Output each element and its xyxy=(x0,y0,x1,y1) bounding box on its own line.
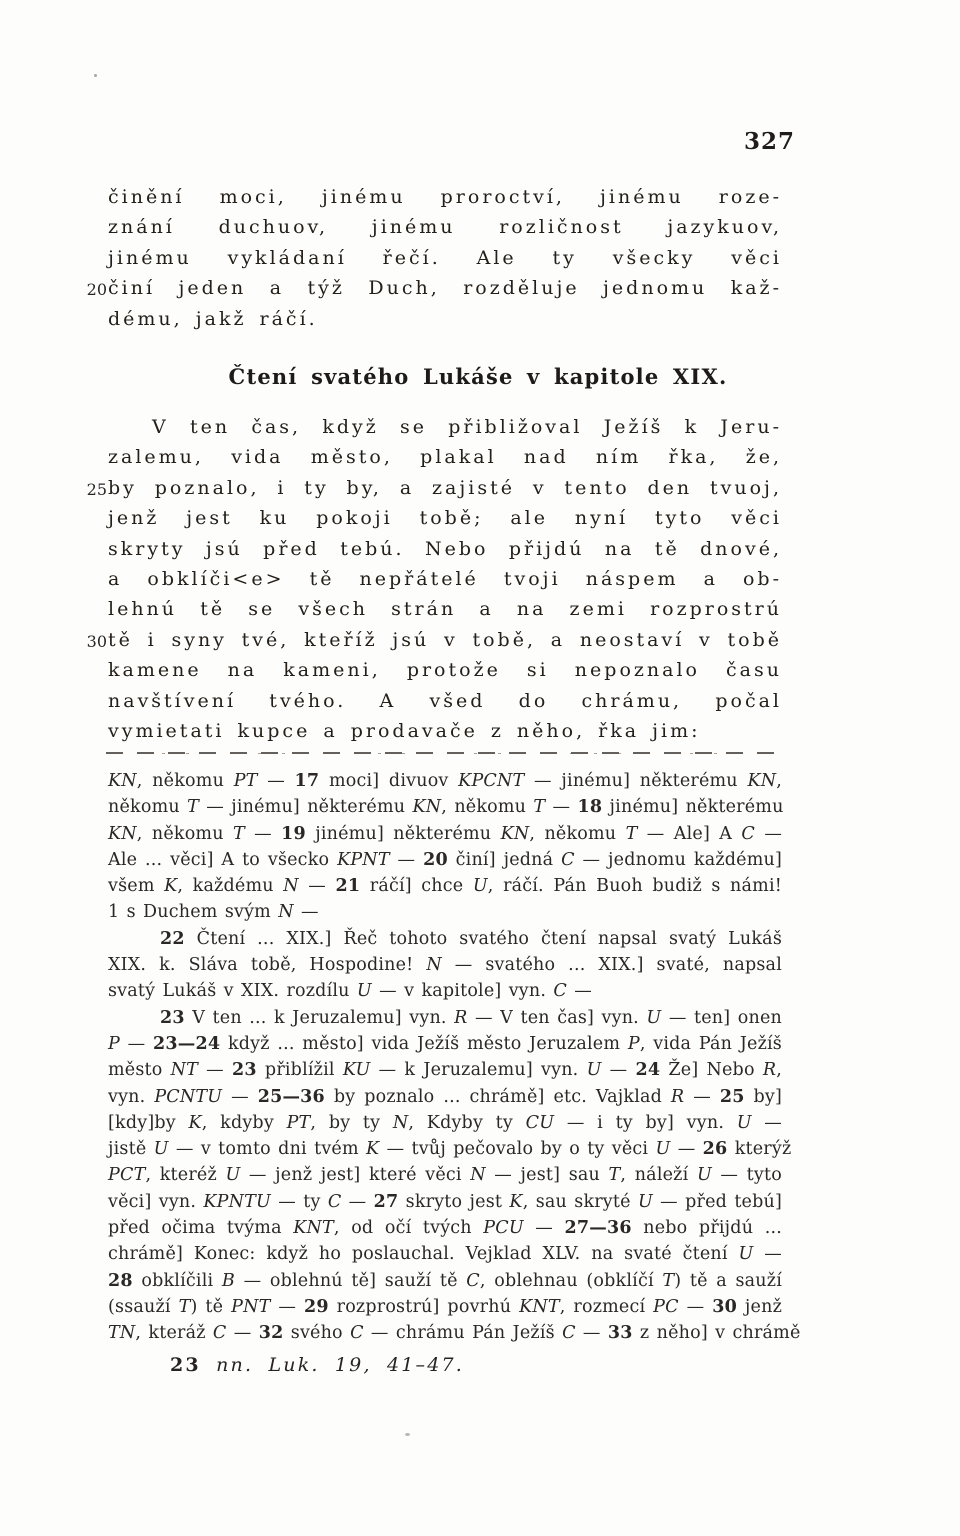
text-line: vymietati kupce a prodavače z něho, řka … xyxy=(108,716,782,746)
text-segment: , náleží xyxy=(620,1165,697,1185)
text-segment: — jinému] některému xyxy=(524,771,747,791)
text-segment: 26 xyxy=(703,1139,728,1159)
line-text: znání duchuov, jinému rozličnost jazykuo… xyxy=(108,216,782,238)
text-segment: T xyxy=(179,1297,191,1317)
text-segment: T xyxy=(187,797,199,817)
line-text: by poznalo, i ty by, a zajisté v tento d… xyxy=(108,477,782,499)
apparatus-line: Ale ... věci] A to všecko KPNT — 20 činí… xyxy=(108,847,782,873)
text-segment: 20 xyxy=(423,850,448,870)
text-segment: 23 xyxy=(160,1008,185,1028)
line-text: a obklíči<e> tě nepřátelé tvoji náspem a… xyxy=(108,568,782,590)
text-segment: , někomu xyxy=(137,824,233,844)
apparatus-line: [kdy]by K, kdyby PT, by ty N, Kdyby ty C… xyxy=(108,1110,782,1136)
text-segment: , Kdyby ty xyxy=(408,1113,525,1133)
text-segment: , kdyby xyxy=(202,1113,287,1133)
text-segment: — jinému] některému xyxy=(199,797,413,817)
text-segment: CU xyxy=(526,1113,555,1133)
apparatus-line: před očima tvýma KNT, od očí tvých PCU —… xyxy=(108,1215,782,1241)
text-segment: V ten ... k Jeruzalemu] vyn. xyxy=(185,1008,454,1028)
text-segment: KN xyxy=(108,771,137,791)
text-segment: město xyxy=(108,1060,171,1080)
text-segment: — xyxy=(752,1113,782,1133)
text-segment: — xyxy=(679,1297,713,1317)
text-segment: U xyxy=(357,981,372,1001)
text-segment: — xyxy=(341,1192,373,1212)
text-segment: — k Jeruzalemu] vyn. xyxy=(370,1060,586,1080)
text-segment: chrámě] Konec: když ho poslauchal. Vejkl… xyxy=(108,1244,739,1264)
text-segment: přiblížil xyxy=(257,1060,343,1080)
text-segment: — jest] sau xyxy=(486,1165,609,1185)
text-segment: B xyxy=(222,1271,235,1291)
text-segment: XIX. k. Sláva tobě, Hospodine! xyxy=(108,955,426,975)
text-segment: svatý Lukáš v XIX. rozdílu xyxy=(108,981,357,1001)
text-line: dému, jakž ráčí. xyxy=(108,304,782,334)
text-segment: U xyxy=(697,1165,712,1185)
text-segment: R xyxy=(763,1060,776,1080)
text-segment: ) tě xyxy=(190,1297,231,1317)
text-segment: — tvůj pečovalo by o ty věci xyxy=(379,1139,655,1159)
text-segment: věci] vyn. xyxy=(108,1192,203,1212)
text-segment: C xyxy=(328,1192,342,1212)
text-segment: N xyxy=(393,1113,409,1133)
text-segment: jistě xyxy=(108,1139,154,1159)
text-segment: U xyxy=(473,876,488,896)
text-segment: T xyxy=(533,797,545,817)
text-segment: R xyxy=(671,1087,684,1107)
text-segment xyxy=(201,1354,216,1376)
text-segment: 30 xyxy=(712,1297,737,1317)
text-segment: PC xyxy=(653,1297,679,1317)
text-segment: PCNTU xyxy=(154,1087,222,1107)
text-segment: — xyxy=(245,824,281,844)
apparatus-line: 22 Čtení ... XIX.] Řeč tohoto svatého čt… xyxy=(108,926,782,952)
text-segment: K xyxy=(509,1192,522,1212)
line-text: kamene na kameni, protože si nepoznalo č… xyxy=(108,659,782,681)
text-line: 20činí jeden a týž Duch, rozděluje jedno… xyxy=(108,273,782,303)
text-segment: N xyxy=(426,955,442,975)
text-line: 25by poznalo, i ty by, a zajisté v tento… xyxy=(108,473,782,503)
apparatus-line: svatý Lukáš v XIX. rozdílu U — v kapitol… xyxy=(108,978,782,1004)
text-segment: — oblehnú tě] sauží tě xyxy=(235,1271,466,1291)
text-line: 30tě i syny tvé, kteříž jsú v tobě, a ne… xyxy=(108,625,782,655)
text-segment: 23 xyxy=(170,1354,201,1376)
apparatus-line: PCT, kteréž U — jenž jest] které věci N … xyxy=(108,1162,782,1188)
text-segment: , xyxy=(776,771,782,791)
text-segment: P xyxy=(108,1034,120,1054)
text-segment: KN xyxy=(747,771,776,791)
text-segment: — před tebú] xyxy=(653,1192,782,1212)
text-segment: , kteréž xyxy=(145,1165,225,1185)
text-segment: — xyxy=(120,1034,153,1054)
apparatus-line: (ssauží T) tě PNT — 29 rozprostrú] povrh… xyxy=(108,1294,782,1320)
text-segment: když ... město] vida Ježíš město Jeruzal… xyxy=(220,1034,628,1054)
apparatus-line: věci] vyn. KPNTU — ty C — 27 skryto jest… xyxy=(108,1189,782,1215)
text-segment: T xyxy=(233,824,245,844)
line-text: lehnú tě se všech strán a na zemi rozpro… xyxy=(108,598,782,620)
text-segment: Čtení ... XIX.] Řeč tohoto svatého čtení… xyxy=(185,929,782,949)
text-segment: K xyxy=(188,1113,201,1133)
text-segment: — jenž jest] které věci xyxy=(240,1165,470,1185)
text-segment: 27—36 xyxy=(565,1218,632,1238)
scan-speck xyxy=(94,74,97,77)
text-segment: PCT xyxy=(108,1165,145,1185)
text-line: jenž jest ku pokoji tobě; ale nyní tyto … xyxy=(108,503,782,533)
chapter-heading: Čtení svatého Lukáše v kapitole XIX. xyxy=(108,364,848,389)
scan-speck xyxy=(405,1433,410,1436)
line-text: činění moci, jinému proroctví, jinému ro… xyxy=(108,186,782,208)
text-segment: KN xyxy=(413,797,442,817)
apparatus-line: XIX. k. Sláva tobě, Hospodine! N — svaté… xyxy=(108,952,782,978)
text-segment: činí] jedná xyxy=(448,850,561,870)
text-segment: U xyxy=(737,1113,752,1133)
text-segment: Ale ... věci] A to všecko xyxy=(108,850,337,870)
line-text: vymietati kupce a prodavače z něho, řka … xyxy=(108,720,701,742)
text-segment: jinému] některému xyxy=(602,797,783,817)
text-segment: NT xyxy=(171,1060,198,1080)
text-segment: U xyxy=(587,1060,602,1080)
line-text: činí jeden a týž Duch, rozděluje jednomu… xyxy=(108,277,782,299)
text-segment: 19 xyxy=(281,824,306,844)
text-segment: — xyxy=(753,1244,782,1264)
text-segment: C xyxy=(466,1271,480,1291)
text-segment: R xyxy=(454,1008,467,1028)
page-number: 327 xyxy=(744,128,794,155)
text-segment: PT xyxy=(234,771,258,791)
text-segment: — xyxy=(684,1087,720,1107)
verse-number: 25 xyxy=(87,475,107,505)
text-segment: N xyxy=(283,876,299,896)
text-segment: — chrámu Pán Ježíš xyxy=(364,1323,562,1343)
text-segment: 23—24 xyxy=(153,1034,220,1054)
verse-number: 30 xyxy=(87,627,107,657)
text-segment: , by ty xyxy=(310,1113,392,1133)
text-segment: svého xyxy=(284,1323,351,1343)
text-segment: — V ten čas] vyn. xyxy=(468,1008,647,1028)
text-line: kamene na kameni, protože si nepoznalo č… xyxy=(108,655,782,685)
line-text: dému, jakž ráčí. xyxy=(108,308,318,330)
text-segment: 17 xyxy=(295,771,320,791)
text-segment: U xyxy=(638,1192,653,1212)
line-text: skryty jsú před tebú. Nebo přijdú na tě … xyxy=(108,538,782,560)
text-segment: — ty xyxy=(271,1192,328,1212)
text-segment: — xyxy=(755,824,782,844)
text-segment: — jednomu každému] xyxy=(575,850,782,870)
text-segment: 27 xyxy=(374,1192,399,1212)
apparatus-line: vyn. PCNTU — 25—36 by poznalo ... chrámě… xyxy=(108,1084,782,1110)
text-segment: ) tě a sauží xyxy=(674,1271,782,1291)
text-segment: KPNT xyxy=(337,850,390,870)
text-segment: — v kapitole] vyn. xyxy=(372,981,554,1001)
text-segment: , někomu xyxy=(529,824,625,844)
text-segment: — xyxy=(227,1323,259,1343)
text-segment: C xyxy=(561,850,575,870)
text-segment: — svatého ... XIX.] svaté, napsal xyxy=(442,955,782,975)
text-segment: 32 xyxy=(259,1323,284,1343)
text-segment: 28 xyxy=(108,1271,133,1291)
text-segment: všem xyxy=(108,876,164,896)
text-segment: — v tomto dni tvém xyxy=(169,1139,366,1159)
apparatus-line: P — 23—24 když ... město] vida Ježíš měs… xyxy=(108,1031,782,1057)
text-segment: kterýž xyxy=(727,1139,791,1159)
text-line: znání duchuov, jinému rozličnost jazykuo… xyxy=(108,212,782,242)
text-segment: K xyxy=(366,1139,379,1159)
text-segment: Že] Nebo xyxy=(660,1060,763,1080)
apparatus-line: chrámě] Konec: když ho poslauchal. Vejkl… xyxy=(108,1241,782,1267)
apparatus-line: KN, někomu PT — 17 moci] divuov KPCNT — … xyxy=(108,768,782,794)
text-segment: T xyxy=(626,824,638,844)
text-segment: — xyxy=(198,1060,232,1080)
line-text: jenž jest ku pokoji tobě; ale nyní tyto … xyxy=(108,507,782,529)
text-segment: skryto jest xyxy=(398,1192,509,1212)
text-segment: K xyxy=(164,876,177,896)
text-segment: C xyxy=(213,1323,227,1343)
text-segment: — xyxy=(576,1323,608,1343)
text-segment: (ssauží xyxy=(108,1297,179,1317)
text-segment: by poznalo ... chrámě] etc. Vajklad xyxy=(325,1087,671,1107)
text-segment: — xyxy=(299,876,336,896)
text-segment: C xyxy=(350,1323,364,1343)
text-segment: jenž xyxy=(737,1297,782,1317)
text-segment: ráčí] chce xyxy=(360,876,473,896)
apparatus-line: 23 V ten ... k Jeruzalemu] vyn. R — V te… xyxy=(108,1005,782,1031)
text-line: navštívení tvého. A všed do chrámu, poča… xyxy=(108,686,782,716)
text-segment: — xyxy=(524,1218,565,1238)
text-segment: , xyxy=(776,1060,782,1080)
text-segment: by] xyxy=(745,1087,782,1107)
text-line: jinému vykládaní řečí. Ale ty všecky věc… xyxy=(108,243,782,273)
text-segment: — xyxy=(567,981,592,1001)
text-segment: 25—36 xyxy=(258,1087,325,1107)
text-segment: PT xyxy=(287,1113,311,1133)
text-segment: jinému] některému xyxy=(306,824,501,844)
text-segment: PNT xyxy=(231,1297,270,1317)
text-segment: 22 xyxy=(160,929,185,949)
text-segment: U xyxy=(225,1165,240,1185)
text-segment: KU xyxy=(343,1060,371,1080)
text-line: lehnú tě se všech strán a na zemi rozpro… xyxy=(108,594,782,624)
apparatus-divider-rule xyxy=(106,752,782,755)
footnote-reference: 23 nn. Luk. 19, 41–47. xyxy=(170,1354,464,1376)
apparatus-line: TN, kteráž C — 32 svého C — chrámu Pán J… xyxy=(108,1320,782,1346)
apparatus-line: všem K, každému N — 21 ráčí] chce U, ráč… xyxy=(108,873,782,899)
line-text: tě i syny tvé, kteříž jsú v tobě, a neos… xyxy=(108,629,782,651)
text-segment: moci] divuov xyxy=(319,771,458,791)
text-segment: KPNTU xyxy=(203,1192,271,1212)
text-segment: , někomu xyxy=(137,771,234,791)
text-segment: nebo přijdú ... xyxy=(632,1218,782,1238)
text-segment: N xyxy=(470,1165,486,1185)
text-segment: U xyxy=(655,1139,670,1159)
text-segment: 23 xyxy=(232,1060,257,1080)
text-segment: , vida Pán Ježíš xyxy=(640,1034,782,1054)
text-segment: — xyxy=(602,1060,636,1080)
text-line: skryty jsú před tebú. Nebo přijdú na tě … xyxy=(108,534,782,564)
text-segment: — xyxy=(222,1087,258,1107)
text-segment: — xyxy=(294,902,319,922)
apparatus-line: 1 s Duchem svým N — xyxy=(108,899,782,925)
line-text: navštívení tvého. A všed do chrámu, poča… xyxy=(108,690,782,712)
text-segment: 29 xyxy=(304,1297,329,1317)
text-segment: KNT xyxy=(293,1218,334,1238)
text-segment: KN xyxy=(108,824,137,844)
text-segment: — ten] onen xyxy=(661,1008,782,1028)
apparatus-line: 28 obklíčili B — oblehnú tě] sauží tě C,… xyxy=(108,1268,782,1294)
text-segment: T xyxy=(662,1271,674,1291)
text-segment: P xyxy=(628,1034,640,1054)
text-segment: U xyxy=(154,1139,169,1159)
text-segment: KNT xyxy=(519,1297,560,1317)
text-segment: 24 xyxy=(636,1060,661,1080)
text-segment: někomu xyxy=(108,797,187,817)
text-segment: — xyxy=(270,1297,304,1317)
text-segment: 18 xyxy=(578,797,603,817)
text-segment: N xyxy=(278,902,294,922)
text-segment: , někomu xyxy=(441,797,533,817)
text-segment: , oblehnau (obklíčí xyxy=(480,1271,662,1291)
line-text: V ten čas, když se přibližoval Ježíš k J… xyxy=(152,416,782,438)
apparatus-line: někomu T — jinému] některému KN, někomu … xyxy=(108,794,782,820)
apparatus-line: jistě U — v tomto dni tvém K — tvůj pečo… xyxy=(108,1136,782,1162)
book-page: 327 činění moci, jinému proroctví, jiném… xyxy=(0,0,960,1536)
text-line: zalemu, vida město, plakal nad ním řka, … xyxy=(108,442,782,472)
text-segment: obklíčili xyxy=(133,1271,222,1291)
text-segment: TN xyxy=(108,1323,135,1343)
text-segment: rozprostrú] povrhú xyxy=(329,1297,519,1317)
text-line: činění moci, jinému proroctví, jinému ro… xyxy=(108,182,782,212)
text-segment: [kdy]by xyxy=(108,1113,188,1133)
text-segment: KPCNT xyxy=(458,771,524,791)
text-segment: , kteráž xyxy=(135,1323,213,1343)
text-segment: KN xyxy=(501,824,530,844)
verse-number: 20 xyxy=(87,275,107,305)
text-segment: , rozmecí xyxy=(560,1297,653,1317)
apparatus-line: město NT — 23 přiblížil KU — k Jeruzalem… xyxy=(108,1057,782,1083)
text-segment: T xyxy=(609,1165,621,1185)
verse-paragraph-main: V ten čas, když se přibližoval Ježíš k J… xyxy=(108,412,782,746)
text-segment: U xyxy=(739,1244,754,1264)
text-segment: — xyxy=(390,850,423,870)
text-segment: vyn. xyxy=(108,1087,154,1107)
text-segment: — i ty by] vyn. xyxy=(554,1113,737,1133)
text-segment: , od očí tvých xyxy=(334,1218,483,1238)
text-segment: C xyxy=(553,981,567,1001)
text-segment: , sau skryté xyxy=(523,1192,638,1212)
text-segment: , každému xyxy=(177,876,283,896)
text-segment: 33 xyxy=(608,1323,633,1343)
text-segment: — xyxy=(670,1139,702,1159)
line-text: jinému vykládaní řečí. Ale ty všecky věc… xyxy=(108,247,782,269)
text-segment: 25 xyxy=(720,1087,745,1107)
text-segment: C xyxy=(562,1323,576,1343)
text-segment: z něho] v chrámě xyxy=(633,1323,801,1343)
critical-apparatus: KN, někomu PT — 17 moci] divuov KPCNT — … xyxy=(108,768,782,1347)
line-text: zalemu, vida město, plakal nad ním řka, … xyxy=(108,446,782,468)
text-segment: — tyto xyxy=(712,1165,782,1185)
text-segment: C xyxy=(741,824,755,844)
text-line: a obklíči<e> tě nepřátelé tvoji náspem a… xyxy=(108,564,782,594)
text-segment: — xyxy=(545,797,577,817)
text-line: V ten čas, když se přibližoval Ježíš k J… xyxy=(108,412,782,442)
text-segment: U xyxy=(646,1008,661,1028)
text-segment: 21 xyxy=(336,876,361,896)
verse-paragraph-continuation: činění moci, jinému proroctví, jinému ro… xyxy=(108,182,782,334)
text-segment: — xyxy=(258,771,295,791)
text-segment: , ráčí. Pán Buoh budiž s námi! xyxy=(488,876,782,896)
apparatus-line: KN, někomu T — 19 jinému] některému KN, … xyxy=(108,821,782,847)
text-segment: — Ale] A xyxy=(637,824,741,844)
text-segment: nn. Luk. 19, 41–47. xyxy=(216,1354,464,1376)
text-segment: 1 s Duchem svým xyxy=(108,902,278,922)
text-segment: před očima tvýma xyxy=(108,1218,293,1238)
text-segment: PCU xyxy=(483,1218,524,1238)
